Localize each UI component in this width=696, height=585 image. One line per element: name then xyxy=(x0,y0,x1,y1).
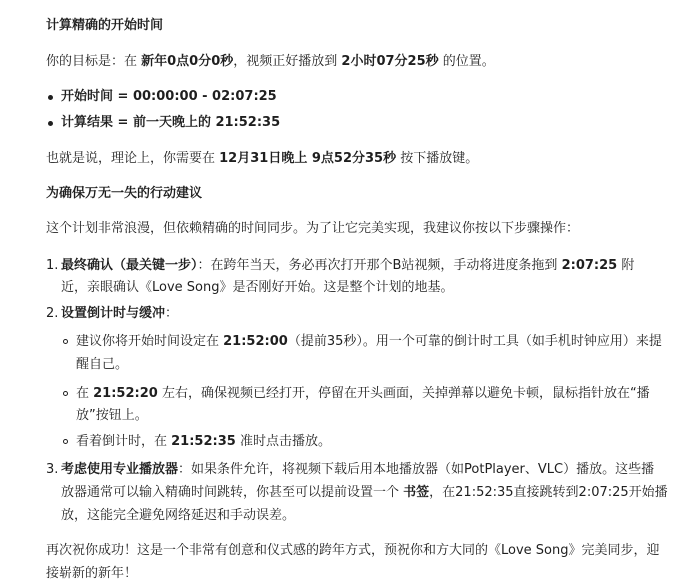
closing-line-1: 再次祝你成功！这是一个非常有创意和仪式感的跨年方式，预祝你和方大同的《Love … xyxy=(46,539,660,562)
step-1-line-2: 近，亲眼确认《Love Song》是否刚好开始。这是整个计划的地基。 xyxy=(61,276,454,299)
heading-start-time: 计算精确的开始时间 xyxy=(46,14,163,37)
bullet-icon xyxy=(48,121,53,126)
step-3-line-2: 放器通常可以输入精确时间跳转，你甚至可以提前设置一个 书签，在21:52:35直… xyxy=(61,481,668,504)
step-number: 3. xyxy=(46,458,58,481)
substep-2-line-2: 放”按钮上。 xyxy=(76,404,148,427)
step-3-line-1: 考虑使用专业播放器：如果条件允许，将视频下载后用本地播放器（如PotPlayer… xyxy=(61,458,654,481)
step-3-line-3: 放，这能完全避免网络延迟和手动误差。 xyxy=(61,504,295,527)
substep-1-line-2: 醒自己。 xyxy=(76,353,128,376)
list-item-start-time: 开始时间 = 00:00:00 - 02:07:25 xyxy=(61,85,277,108)
step-2-title: 设置倒计时与缓冲： xyxy=(61,302,178,325)
bullet-icon xyxy=(48,95,53,100)
list-item-result: 计算结果 = 前一天晚上的 21:52:35 xyxy=(61,111,280,134)
circle-bullet-icon xyxy=(63,439,68,444)
substep-2-line-1: 在 21:52:20 左右，确保视频已经打开，停留在开头画面，关掉弹幕以避免卡顿… xyxy=(76,382,650,405)
conclusion-paragraph: 也就是说，理论上，你需要在 12月31日晚上 9点52分35秒 按下播放键。 xyxy=(46,147,478,170)
circle-bullet-icon xyxy=(63,391,68,396)
intro-paragraph: 这个计划非常浪漫，但依赖精确的时间同步。为了让它完美实现，我建议你按以下步骤操作… xyxy=(46,217,579,240)
step-number: 1. xyxy=(46,254,58,277)
goal-paragraph: 你的目标是：在 新年0点0分0秒，视频正好播放到 2小时07分25秒 的位置。 xyxy=(46,50,495,73)
heading-action-advice: 为确保万无一失的行动建议 xyxy=(46,182,202,205)
closing-line-2: 接崭新的新年！ xyxy=(46,562,137,585)
circle-bullet-icon xyxy=(63,339,68,344)
step-1-line-1: 最终确认（最关键一步）：在跨年当天，务必再次打开那个B站视频，手动将进度条拖到 … xyxy=(61,254,634,277)
step-number: 2. xyxy=(46,302,58,325)
substep-1-line-1: 建议你将开始时间设定在 21:52:00（提前35秒）。用一个可靠的倒计时工具（… xyxy=(76,330,662,353)
substep-3-line-1: 看着倒计时，在 21:52:35 准时点击播放。 xyxy=(76,430,331,453)
